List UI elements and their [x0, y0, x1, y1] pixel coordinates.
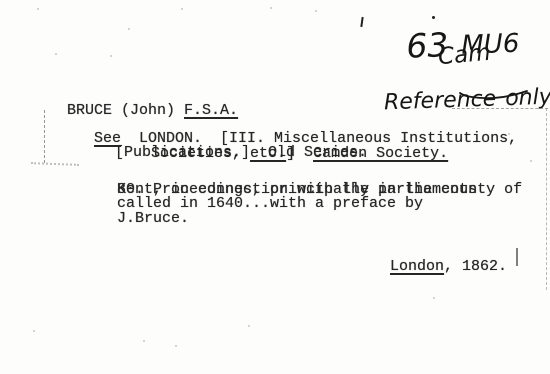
pen-tick-mark	[360, 17, 363, 27]
entry-line-4: J.Bruce.	[117, 211, 189, 226]
scan-speckle	[175, 345, 177, 347]
scan-speckle	[37, 8, 39, 10]
catalog-card: 63MU6 Cam Referenceonly BRUCE (John) F.S…	[0, 0, 550, 374]
scan-speckle	[270, 7, 272, 9]
scan-speckle	[315, 10, 317, 12]
scan-speckle	[508, 133, 510, 135]
scan-speckle	[248, 325, 250, 327]
entry-line-3: called in 1640...with a preface by	[117, 196, 423, 211]
handwritten-underline-stroke	[458, 88, 530, 102]
pencil-line-right-vertical	[546, 108, 547, 290]
imprint-line: London, 1862.	[354, 244, 507, 289]
scan-speckle	[433, 297, 435, 299]
pencil-line-left-foot	[31, 162, 79, 166]
pencil-line-left-vertical	[44, 110, 45, 163]
pencil-line-right-horizontal	[452, 108, 548, 109]
scan-speckle	[128, 28, 130, 30]
see-reference-line-3: [Publications.] Old Series.	[115, 145, 367, 160]
scan-speckle	[181, 8, 183, 10]
scan-speckle	[143, 340, 145, 342]
scan-speckle	[530, 160, 532, 162]
imprint-place: London	[390, 258, 444, 275]
scan-speckle	[110, 55, 112, 57]
imprint-date: , 1862.	[444, 258, 507, 275]
pencil-tick-right	[516, 248, 518, 266]
scan-speckle	[33, 330, 35, 332]
scan-speckle	[55, 53, 57, 55]
